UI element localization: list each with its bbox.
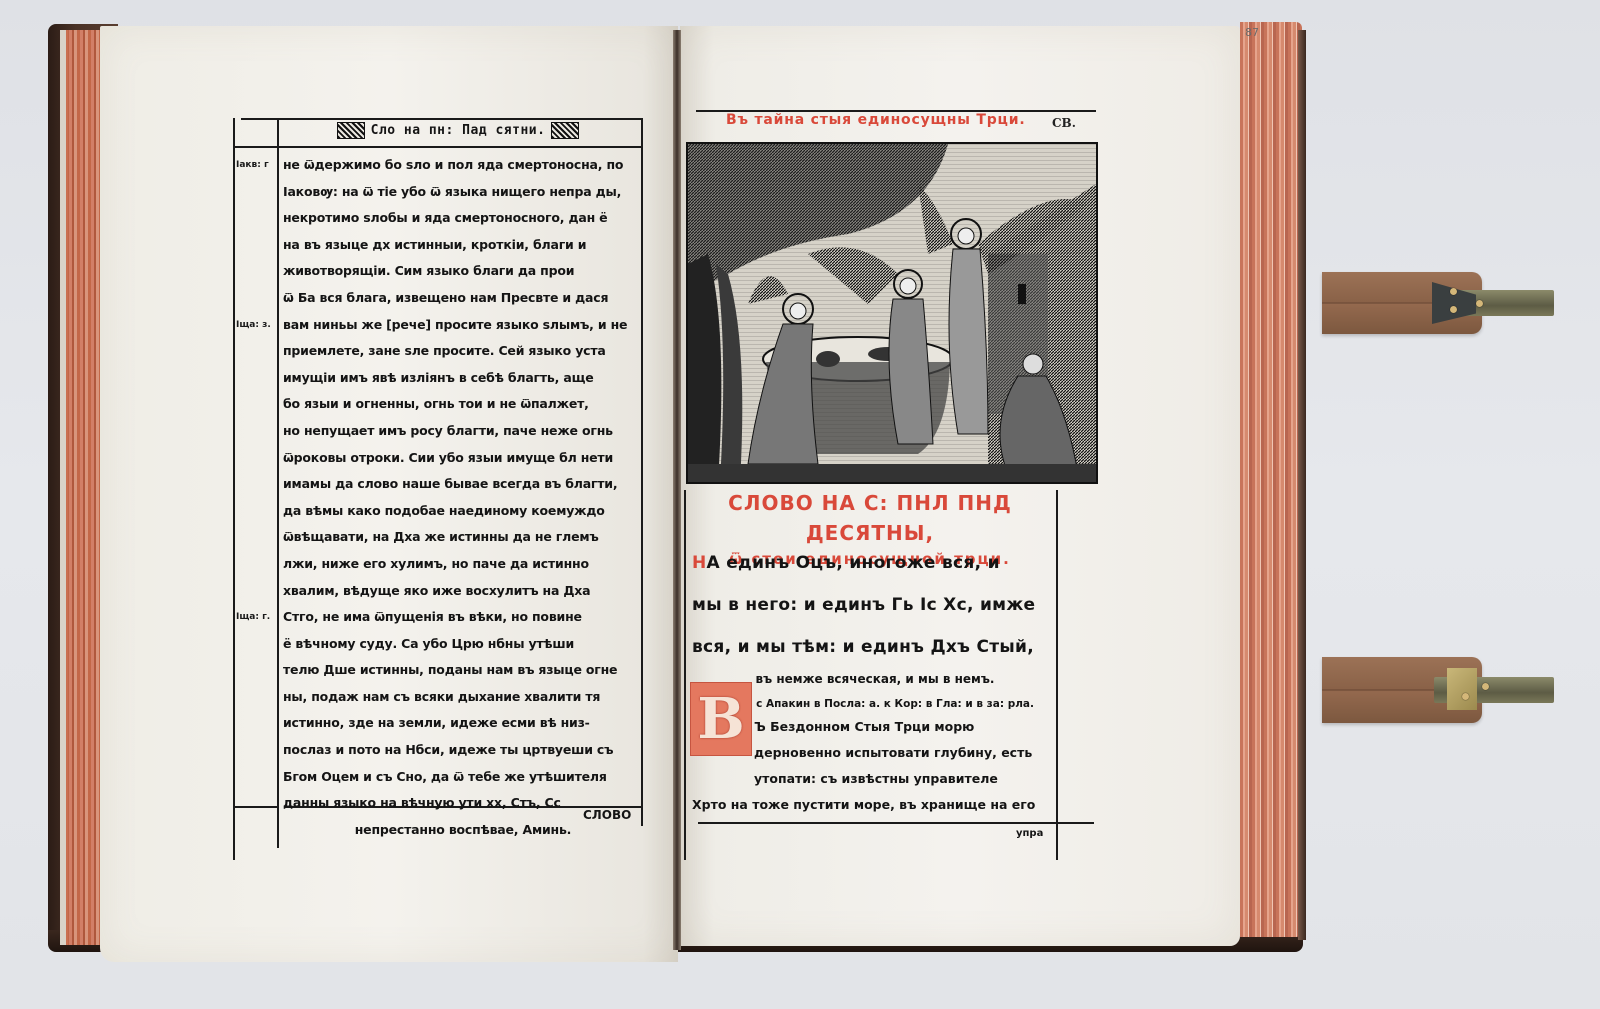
text-line: послаз и пото на Нбси, идеже ты цртвуеши…: [283, 737, 643, 764]
ornament-icon: [551, 122, 579, 139]
top-clasp: [1322, 272, 1482, 334]
catchword-left: СЛОВО: [583, 808, 631, 822]
rivet-icon: [1450, 288, 1457, 295]
clasp-brass-plate: [1447, 668, 1477, 710]
right-rule: [1056, 490, 1058, 860]
right-cover-edge: [1298, 30, 1306, 940]
ornament-icon: [337, 122, 365, 139]
margin-foot-rule: [233, 806, 277, 808]
invocation-line: мы в него: и единъ Гь Іс Хс, имже: [692, 584, 1058, 626]
text-line: но непущает имъ росу благти, паче неже о…: [283, 418, 643, 445]
body-line: утопати: съ извѣстны управителе: [692, 766, 1058, 792]
text-line: Стго, не има ѿпущенія въ вѣки, но повине: [283, 604, 643, 631]
red-initial: Н: [692, 553, 707, 573]
book-gutter: [673, 30, 681, 950]
text-line: имамы да слово наше бывае всегда въ благ…: [283, 471, 643, 498]
text-line: вам ниньы же [рече] просите языко ѕлымъ,…: [283, 312, 643, 339]
rivet-icon: [1482, 683, 1489, 690]
running-head-right: Въ тайна стыя единосущны Трци.: [726, 112, 1025, 128]
rivet-icon: [1450, 306, 1457, 313]
margin-rule: [277, 118, 279, 848]
title-line-1: СЛОВО НА С: ПНЛ ПНД ДЕСЯТНЫ,: [686, 488, 1054, 548]
text-line: не ѿдержимо бо ѕло и пол яда смертоносна…: [283, 152, 643, 179]
text-line: бо языи и огненны, огнь тои и не ѿпалжет…: [283, 391, 643, 418]
text-line: некротимо ѕлобы и яда смертоносного, дан…: [283, 205, 643, 232]
text-line: на въ языце дх истинныи, кроткіи, благи …: [283, 232, 643, 259]
woodcut-illustration: [686, 142, 1098, 484]
right-red-fore-edge: [1240, 22, 1302, 937]
text-line: имущіи имъ явѣ изліянъ в себѣ благть, ащ…: [283, 365, 643, 392]
folio-number: СВ.: [1052, 116, 1076, 130]
text-line: хвалим, вѣдуще яко иже восхулитъ на Дха: [283, 578, 643, 605]
text-line: Іаковѹ: на ѿ тіе убо ѿ языка нищего непр…: [283, 179, 643, 206]
right-text-block: Въ тайна стыя единосущны Трци. СВ.: [686, 110, 1100, 860]
hospitality-of-abraham-icon: [688, 144, 1096, 482]
running-head-left: Сло на пн: Пад сятни.: [293, 122, 623, 139]
catchword-right: упра: [1016, 828, 1043, 839]
margin-note: Іща: з.: [236, 320, 271, 330]
right-body-text: НА единъ Оцъ, иногоже вся, и мы в него: …: [692, 542, 1058, 818]
text-line: лжи, ниже его хулимъ, но паче да истинно: [283, 551, 643, 578]
text-line: телю Дше истинны, поданы нам въ языце ог…: [283, 657, 643, 684]
handwritten-page-number: 87: [1245, 26, 1259, 39]
text-line: ны, подаж нам съ всяки дыхание хвалити т…: [283, 684, 643, 711]
margin-note: Іща: г.: [236, 612, 270, 622]
text-line: истинно, зде на земли, идеже есми вѣ низ…: [283, 710, 643, 737]
text-line: Бгом Оцем и съ Сно, да ѿ тебе же утѣшите…: [283, 764, 643, 791]
left-rule: [684, 490, 686, 860]
text-line: да вѣмы како подобае наединому коемуждо: [283, 498, 643, 525]
text-line: приемлете, зане ѕле просите. Сей языко у…: [283, 338, 643, 365]
body-line: Хрто на тоже пустити море, въ хранище на…: [692, 792, 1058, 818]
decorated-dropcap: В: [690, 682, 752, 756]
invocation-line: НА единъ Оцъ, иногоже вся, и: [692, 542, 1058, 584]
rivet-icon: [1462, 693, 1469, 700]
invocation-line: вся, и мы тѣм: и единъ Дхъ Стый,: [692, 626, 1058, 668]
margin-foot-rule: [1058, 822, 1094, 824]
text-line: ѿвѣщавати, на Дха же истинны да не глемъ: [283, 524, 643, 551]
head-rule-bottom: [233, 146, 643, 148]
margin-note: Іакв: г: [236, 160, 269, 170]
left-body-text: не ѿдержимо бо ѕло и пол яда смертоносна…: [283, 152, 643, 843]
rivet-icon: [1476, 300, 1483, 307]
foot-rule: [698, 822, 1056, 824]
outer-rule: [233, 118, 235, 860]
bottom-clasp: [1322, 657, 1482, 723]
text-line: животворящіи. Сим языко благи да прои: [283, 258, 643, 285]
left-text-block: Сло на пн: Пад сятни. Іакв: г Іща: з. Іщ…: [233, 118, 643, 863]
text-line: ѿ Ба вся блага, извещено нам Пресвте и д…: [283, 285, 643, 312]
text-line: ѿроковы отроки. Сии убо языи имуще бл не…: [283, 445, 643, 472]
head-rule-top: [241, 118, 641, 120]
text-line: ё вѣчному суду. Са убо Црю нбны утѣши: [283, 631, 643, 658]
open-book: 87 Сло на пн: Пад сятни. Іакв: г Іща: з.…: [0, 0, 1600, 1009]
